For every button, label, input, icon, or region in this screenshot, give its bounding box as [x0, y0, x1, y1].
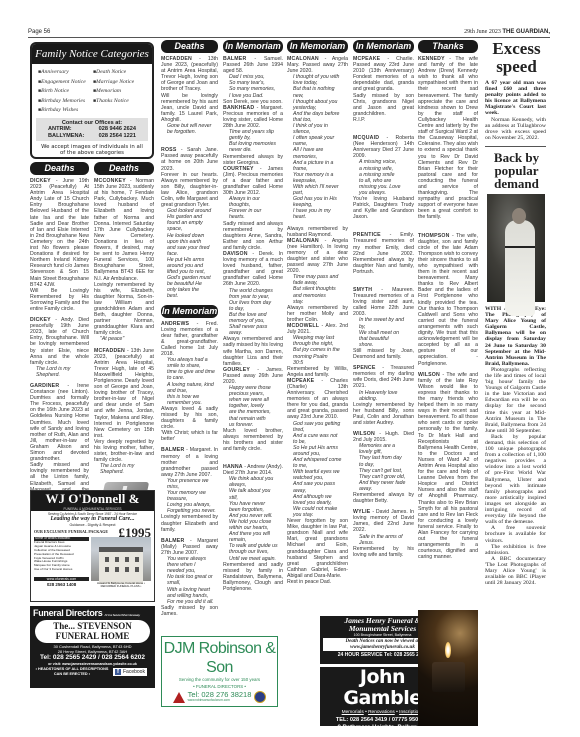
flame-icon	[445, 642, 451, 658]
category-item: Memoriam	[93, 87, 148, 97]
category-item: Birthday Wishes	[38, 106, 93, 116]
djm-website[interactable]: www.robinsonsofculcrum.com	[188, 699, 252, 703]
notice: MCCONKEY - Norman 15th June 2023, sudden…	[94, 178, 154, 282]
column-deaths-2: Deaths MCCONKEY - Norman 15th June 2023,…	[94, 162, 154, 512]
category-item: Birth Notice	[38, 87, 93, 97]
section-header-deaths: Deaths	[30, 162, 89, 175]
notice: BALMER - Margaret (Mally) Passed away 27…	[161, 538, 218, 556]
story-back-by-popular-demand: WITH An Artist's Eye: The Photography of…	[483, 306, 550, 606]
section-header-deaths: Deaths	[94, 162, 154, 175]
stevenson-website[interactable]: or visit: www.jamesstevensonandson.yolas…	[33, 662, 152, 666]
office-ballymena: BALLYMENA:028 2564 1221	[42, 133, 142, 139]
notice: MCFADDEN - 13th June 2023, (peacefully) …	[94, 348, 154, 439]
stevenson-phones: Tel: 028 2565 2429 / 028 2564 6202	[33, 654, 152, 662]
images-note: We accept images of individuals in all o…	[32, 141, 152, 159]
category-item: Death Notice	[93, 68, 148, 78]
page-date: 29th June 2023 THE GUARDIAN,	[464, 29, 550, 35]
header-rule	[28, 37, 550, 38]
facebook-icon: f	[115, 669, 121, 675]
notice: GARDINER - Irene Constance (nee Linton).…	[30, 383, 89, 462]
notice: DICKEY - June 19th 2023 (Peacefully) At …	[30, 178, 89, 288]
notice: MCFADDEN - 13th June 2023, (peacefully) …	[161, 56, 218, 93]
notice: ROSS - Sarah Jane. Passed away peacefull…	[161, 147, 218, 171]
funeral-home-photo	[91, 537, 151, 581]
ad-wj-odonnell[interactable]: WJ O'Donnell & Sons FUNERAL & MONUMENTAL…	[30, 490, 155, 602]
stevenson-name: The... STEVENSONFUNERAL HOME	[35, 620, 150, 643]
headline-back-by-popular-demand: Back by popular demand	[483, 151, 550, 190]
notice: BALMER - Margaret. In memory of a loving…	[161, 447, 218, 477]
publication-name: THE GUARDIAN,	[502, 29, 550, 35]
categories-list: Anniversary Death Notice Engagement Noti…	[32, 64, 152, 118]
category-item: Engagement Notice	[38, 78, 93, 88]
mary-alice-young-photo	[487, 194, 545, 302]
headline-excess-speed: Excess speed	[483, 40, 550, 76]
column-thanks: Thanks KENNEDY - The wife and family of …	[418, 40, 478, 610]
page-number: Page 56	[28, 29, 50, 35]
section-header-thanks: Thanks	[418, 40, 478, 53]
categories-title: Family Notice Categories	[32, 44, 152, 64]
story-divider	[485, 146, 546, 147]
crest-badge-icon	[254, 691, 266, 703]
news-sidebar: Excess speed A 67 year old man was fined…	[483, 40, 550, 606]
candle-image	[418, 610, 478, 726]
contact-offices: Contact our Offices at: ANTRIM:028 9446 …	[36, 118, 148, 141]
nafd-logo-icon	[173, 692, 185, 703]
category-item: Anniversary	[38, 68, 93, 78]
funeral-package: OUR EXCLUSIVE FUNERAL PACKAGE £1995 Some…	[31, 528, 154, 592]
ad-stevenson-funeral-home[interactable]: Funeral DirectorsAt Your Service When Ne…	[30, 606, 155, 688]
story-excess-speed: A 67 year old man was fined £60 and thre…	[483, 80, 550, 141]
odonnell-phone: 028 2563 1408	[34, 582, 89, 587]
section-header-deaths: Deaths	[161, 40, 218, 53]
category-item: Birthday Memories	[38, 97, 93, 107]
column-in-memoriam-3: In Memoriam MCPEAKE - Charlie. Passed aw…	[353, 40, 414, 610]
section-header-in-memoriam: In Memoriam	[161, 305, 218, 318]
ad-djm-robinson[interactable]: DJM Robinson & Son Serving the community…	[161, 636, 278, 707]
package-inclusions: Some of what's included: Funeral Directo…	[34, 537, 89, 572]
section-header-in-memoriam: In Memoriam	[353, 40, 414, 53]
column-in-memoriam-1: In Memoriam BALMER - Samuel. Passed 26th…	[223, 40, 283, 620]
odonnell-website[interactable]: www.ofunerals.com	[34, 577, 89, 581]
column-deaths-1: Deaths DICKEY - June 19th 2023 (Peaceful…	[30, 162, 89, 535]
category-item: Marriage Notice	[93, 78, 148, 88]
section-header-in-memoriam: In Memoriam	[223, 40, 283, 53]
section-header-in-memoriam: In Memoriam	[287, 40, 348, 53]
newspaper-page: Page 56 29th June 2023 THE GUARDIAN, Fam…	[28, 28, 550, 728]
facebook-link[interactable]: fFacebook	[113, 668, 147, 676]
column-in-memoriam-2: In Memoriam MCALONAN - Angela Mary. Pass…	[287, 40, 348, 615]
category-item: Thanks Notice	[93, 97, 148, 107]
notice: DICKEY - Andy. Died peacefully 19th June…	[30, 317, 89, 366]
family-notice-categories-box: Family Notice Categories Anniversary Dea…	[30, 42, 154, 159]
column-deaths-3: Deaths MCFADDEN - 13th June 2023, (peace…	[161, 40, 218, 617]
notice: ANDREWS - Fred. Loving memories of a dea…	[161, 321, 218, 358]
